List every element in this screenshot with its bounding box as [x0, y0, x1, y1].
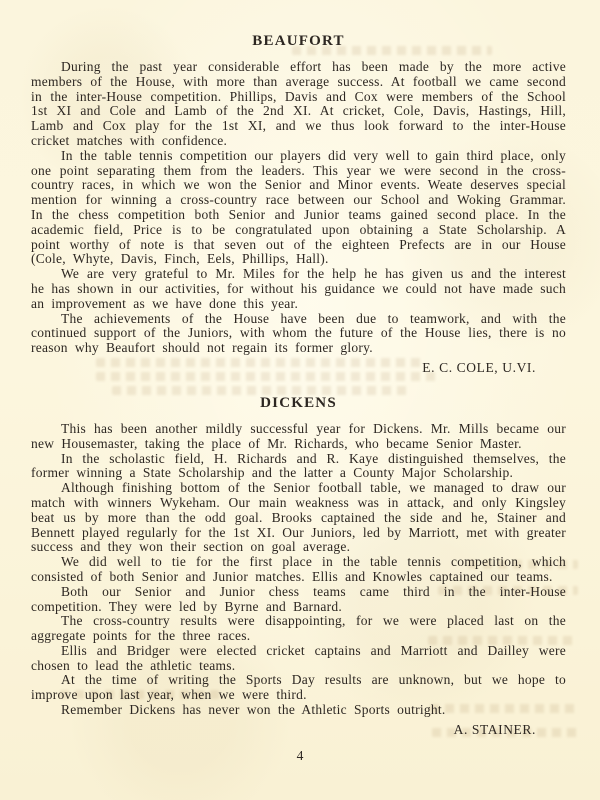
signature-beaufort: E. C. COLE, U.VI.	[31, 360, 566, 376]
section-title-dickens: DICKENS	[31, 395, 566, 412]
paragraph: Remember Dickens has never won the Athle…	[31, 703, 566, 718]
section-dickens: DICKENS This has been another mildly suc…	[31, 395, 566, 738]
paragraph: In the scholastic field, H. Richards and…	[31, 452, 566, 482]
signature-dickens: A. STAINER.	[31, 722, 566, 738]
paragraph: In the table tennis competition our play…	[31, 149, 566, 267]
text-column: BEAUFORT During the past year considerab…	[31, 33, 566, 738]
page-number: 4	[0, 748, 600, 764]
paragraph: This has been another mildly successful …	[31, 422, 566, 452]
section-beaufort: BEAUFORT During the past year considerab…	[31, 33, 566, 376]
paragraph: Although finishing bottom of the Senior …	[31, 481, 566, 555]
paragraph: We are very grateful to Mr. Miles for th…	[31, 267, 566, 311]
paragraph: We did well to tie for the first place i…	[31, 555, 566, 585]
paragraph: The achievements of the House have been …	[31, 312, 566, 356]
section-title-beaufort: BEAUFORT	[31, 33, 566, 50]
paragraph: Both our Senior and Junior chess teams c…	[31, 585, 566, 615]
paragraph: Ellis and Bridger were elected cricket c…	[31, 644, 566, 674]
paragraph: The cross-country results were disappoin…	[31, 614, 566, 644]
paragraph: At the time of writing the Sports Day re…	[31, 673, 566, 703]
document-page: BEAUFORT During the past year considerab…	[0, 0, 600, 800]
paragraph: During the past year considerable effort…	[31, 60, 566, 149]
